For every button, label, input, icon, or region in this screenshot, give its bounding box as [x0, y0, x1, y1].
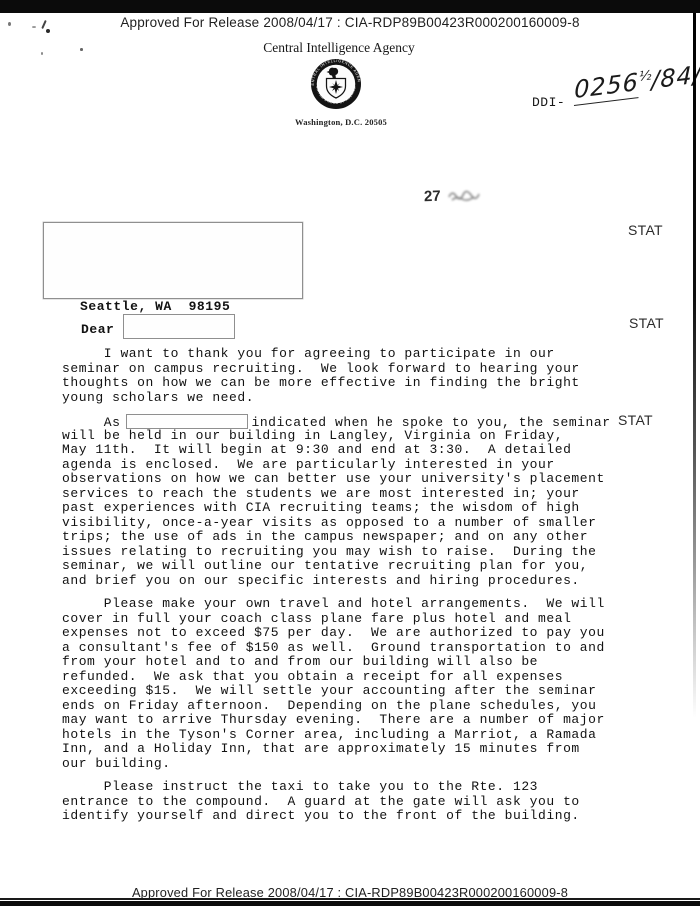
letter-line: observations on how we can better use yo… — [62, 472, 682, 487]
redaction-box-name — [123, 314, 235, 339]
letter-line: seminar on campus recruiting. We look fo… — [62, 362, 682, 377]
recipient-city-line: Seattle, WA 98195 — [80, 299, 230, 314]
letter-line: cover in full your coach class plane far… — [62, 612, 682, 627]
letter-line: identify yourself and direct you to the … — [62, 809, 682, 824]
letter-line: Inn, and a Holiday Inn, that are approxi… — [62, 742, 682, 757]
letter-line: Asindicated when he spoke to you, the se… — [62, 414, 682, 429]
letter-paragraph: Please instruct the taxi to take you to … — [62, 780, 682, 824]
redaction-box-inline — [126, 414, 248, 429]
letter-line: May 11th. It will begin at 9:30 and end … — [62, 443, 682, 458]
letter-line: agenda is enclosed. We are particularly … — [62, 458, 682, 473]
letter-line: ends on Friday afternoon. Depending on t… — [62, 699, 682, 714]
bottom-black-bar — [0, 901, 700, 906]
letter-paragraph: I want to thank you for agreeing to part… — [62, 347, 682, 405]
agency-address: Washington, D.C. 20505 — [0, 117, 691, 127]
date-stamp: 27 — [424, 187, 482, 206]
letter-line: exceeding $15. We will settle your accou… — [62, 684, 682, 699]
letter-line: thoughts on how we can be more effective… — [62, 376, 682, 391]
letter-line: may want to arrive Thursday evening. The… — [62, 713, 682, 728]
top-black-bar — [0, 0, 700, 13]
scanned-letter-page: Approved For Release 2008/04/17 : CIA-RD… — [0, 0, 700, 906]
letter-line: our building. — [62, 757, 682, 772]
letter-paragraph: Asindicated when he spoke to you, the se… — [62, 414, 682, 588]
scan-speck — [46, 29, 50, 33]
agency-name: Central Intelligence Agency — [0, 40, 689, 56]
letter-line: hotels in the Tyson's Corner area, inclu… — [62, 728, 682, 743]
stamp-smudge — [446, 187, 482, 203]
letter-line: visibility, once-a-year visits as oppose… — [62, 516, 682, 531]
letter-line: expenses not to exceed $75 per day. We a… — [62, 626, 682, 641]
letter-line: will be held in our building in Langley,… — [62, 429, 682, 444]
letter-line: past experiences with CIA recruiting tea… — [62, 501, 682, 516]
letter-line: services to reach the students we are mo… — [62, 487, 682, 502]
redaction-box-address — [43, 222, 303, 299]
letter-line: trips; the use of ads in the campus news… — [62, 530, 682, 545]
ddi-reference: DDI- 0256½/84/5 — [532, 84, 700, 112]
letter-line: Please instruct the taxi to take you to … — [62, 780, 682, 795]
letter-line: young scholars we need. — [62, 391, 682, 406]
handwritten-reference-number: 0256½/84/5 — [574, 58, 700, 104]
letter-body: I want to thank you for agreeing to part… — [62, 347, 682, 833]
letter-line: I want to thank you for agreeing to part… — [62, 347, 682, 362]
header-classification-banner: Approved For Release 2008/04/17 : CIA-RD… — [0, 15, 700, 30]
salutation: Dear — [81, 322, 114, 337]
date-stamp-day: 27 — [424, 188, 441, 206]
letter-line: issues relating to recruiting you may wi… — [62, 545, 682, 560]
letter-line: a consultant's fee of $150 as well. Grou… — [62, 641, 682, 656]
scan-speck — [32, 26, 36, 28]
letter-line: seminar, we will outline our tentative r… — [62, 559, 682, 574]
letter-line: entrance to the compound. A guard at the… — [62, 795, 682, 810]
footer-rule — [0, 898, 700, 900]
ddi-label: DDI- — [532, 95, 565, 110]
cia-seal-icon: CENTRAL INTELLIGENCE AGENCY UNITED STATE… — [310, 58, 362, 110]
letter-line: and brief you on our specific interests … — [62, 574, 682, 589]
stat-marking-1: STAT — [628, 222, 663, 238]
letter-line: from your hotel and to and from our buil… — [62, 655, 682, 670]
letter-paragraph: Please make your own travel and hotel ar… — [62, 597, 682, 771]
stat-marking-2: STAT — [629, 315, 664, 331]
letter-line: refunded. We ask that you obtain a recei… — [62, 670, 682, 685]
scan-speck — [8, 22, 11, 26]
scan-edge-line — [693, 13, 696, 718]
letter-line: Please make your own travel and hotel ar… — [62, 597, 682, 612]
